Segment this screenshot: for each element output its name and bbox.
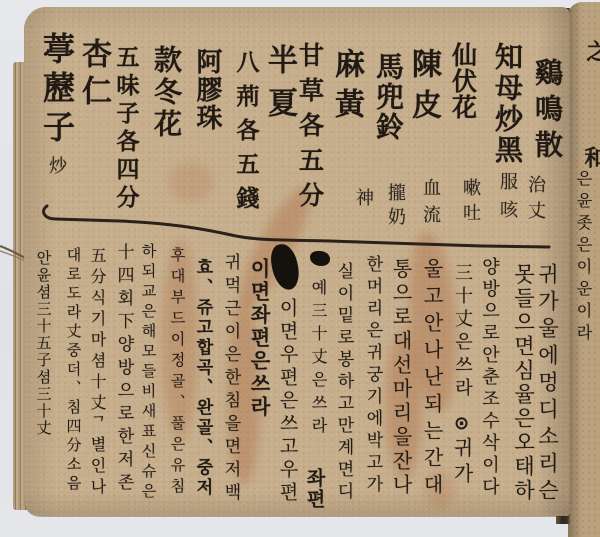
ingredient-column: 麻黃	[331, 48, 361, 128]
text-column: 예三十丈은쓰라	[310, 279, 326, 440]
indication-note: 服咳	[498, 172, 516, 228]
text-column: 좌편	[305, 468, 324, 510]
indication-note: 嗽吐	[461, 178, 479, 228]
text-column: 이면좌편은쓰라	[249, 258, 269, 419]
ingredient-column: 仙伏花	[451, 42, 476, 120]
text-column: 울고안나난되는간대	[422, 258, 442, 501]
ingredient-column: 甘草各五分	[298, 42, 323, 217]
formula-title: 鷄鳴散	[533, 58, 561, 166]
ingredient-column: 阿膠珠	[194, 48, 220, 132]
indication-note: 治丈	[526, 175, 544, 227]
text-column: 五分식기마셤十丈ᄀ별인나	[89, 247, 105, 499]
ingredient-column: 知母炒黑	[493, 42, 521, 166]
ingredient-column: 陳皮	[408, 48, 438, 130]
ingredient-column: 八荊各五錢	[235, 50, 258, 220]
ink-blot	[310, 251, 330, 266]
ingredient-column: 半夏	[264, 44, 294, 130]
text-column: 통으로대선마리을잔나	[391, 258, 411, 498]
text-column: 귀가울에멍디소리슨	[537, 263, 558, 506]
text-column: 귀가	[452, 437, 472, 489]
ingredient-suffix: 炒	[47, 156, 65, 174]
marker-circle: ⊙	[452, 413, 470, 434]
indication-note: 神	[354, 188, 372, 206]
text-column: 한머리은귀궁기에박고가	[364, 255, 381, 497]
text-column: 十四회下양방으로한저존	[115, 243, 132, 496]
text-column: 효、쥬고합곡、완골、중저	[194, 258, 211, 498]
ingredient-column: 五味子各四分	[115, 45, 138, 213]
text-column: 하되교은해모들비새표신슈은	[141, 243, 156, 503]
text-column: 양방으로안춘조수삭이다	[480, 257, 498, 499]
text-column: 귀먹근이은한침을면저백	[222, 253, 239, 506]
ingredient-column: 馬兜鈴	[374, 52, 402, 142]
indication-note: 血流	[421, 178, 439, 232]
text-column: 못들으면심율은오태하	[513, 263, 534, 503]
ingredient-column: 款冬花	[152, 45, 180, 141]
indication-note: 攏奶	[386, 183, 404, 231]
text-column: 안윤셤三十五子셤三十丈	[36, 250, 51, 437]
text-column: 이면우편은쓰고우편	[278, 298, 297, 505]
text-column: 三十丈은쓰라	[453, 263, 471, 401]
text-column: 실이밑로봉하고만계면디	[335, 262, 352, 504]
ingredient-column: 杏仁	[78, 38, 108, 112]
ingredient-column: 葶藶子	[41, 32, 73, 149]
text-column: 대로도라丈중더、침四分소음	[66, 247, 81, 494]
text-column: 후대부드이정골、풀은유침	[170, 247, 185, 499]
